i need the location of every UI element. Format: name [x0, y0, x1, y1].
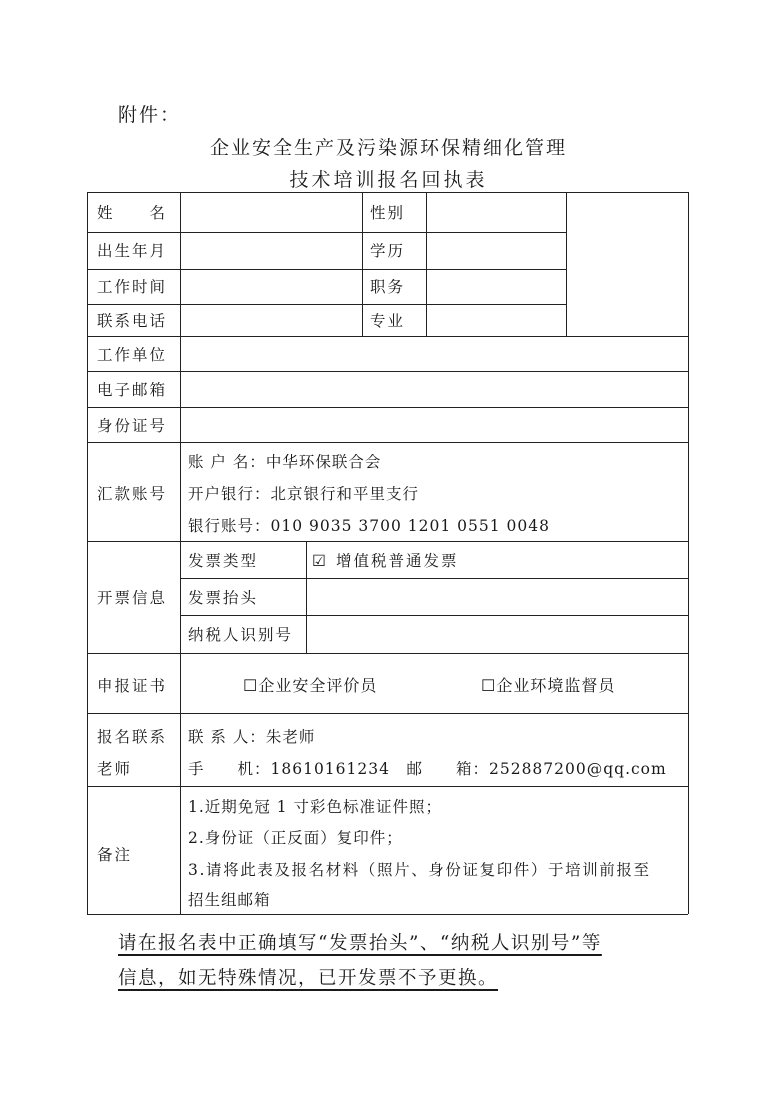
major-label: 专业 — [370, 311, 405, 331]
id-field[interactable] — [182, 408, 687, 441]
table-border-left — [87, 192, 88, 914]
photo-area[interactable] — [568, 193, 687, 335]
account-number: 银行账号：010 9035 3700 1201 0551 0048 — [188, 516, 550, 536]
col-line-mid-label — [362, 192, 363, 336]
birth-field[interactable] — [182, 233, 361, 268]
employer-field[interactable] — [182, 337, 687, 370]
email-label: 电子邮箱 — [97, 380, 167, 400]
phone-label: 联系电话 — [97, 311, 167, 331]
invoice-type-checkbox[interactable]: ☑ — [312, 551, 326, 571]
certificate-option-safety[interactable]: ☐企业安全评价员 — [243, 676, 377, 696]
account-name: 账 户 名：中华环保联合会 — [188, 452, 381, 472]
invoice-title-field[interactable] — [308, 579, 687, 614]
row-line — [87, 541, 688, 542]
bank-name: 开户银行：北京银行和平里支行 — [188, 484, 419, 504]
checkbox-icon[interactable]: ☐ — [243, 676, 258, 695]
remittance-label: 汇款账号 — [97, 484, 167, 504]
work-time-field[interactable] — [182, 270, 361, 303]
col-line-label — [180, 192, 181, 914]
row-line — [87, 786, 688, 787]
birth-label: 出生年月 — [97, 241, 167, 261]
table-border-right — [688, 192, 689, 914]
remark-item: 1.近期免冠 1 寸彩色标准证件照； — [188, 797, 442, 817]
col-line-invoice — [306, 541, 307, 653]
phone-field[interactable] — [182, 305, 361, 335]
contact-label-line1: 报名联系 — [97, 727, 167, 747]
contact-person: 联 系 人：朱老师 — [188, 727, 315, 747]
table-border-bottom — [87, 914, 688, 915]
contact-label-line2: 老师 — [97, 759, 132, 779]
position-label: 职务 — [370, 277, 405, 297]
email-field[interactable] — [182, 372, 687, 406]
checkbox-icon[interactable]: ☐ — [481, 676, 496, 695]
contact-mobile-email: 手 机：18610161234 邮 箱：252887200@qq.com — [188, 759, 667, 779]
employer-label: 工作单位 — [97, 345, 167, 365]
name-field[interactable] — [182, 193, 361, 232]
certificate-option-label: 企业安全评价员 — [258, 676, 377, 695]
education-field[interactable] — [428, 233, 565, 268]
col-line-mid-value — [426, 192, 427, 336]
row-line — [87, 713, 688, 714]
remarks-label: 备注 — [97, 845, 132, 865]
footer-note-line1: 请在报名表中正确填写“发票抬头”、“纳税人识别号”等 — [118, 929, 602, 955]
remark-item: 3.请将此表及报名材料（照片、身份证复印件）于培训前报至 — [188, 860, 651, 880]
gender-field[interactable] — [428, 193, 565, 232]
col-line-photo — [566, 192, 567, 336]
row-line — [87, 653, 688, 654]
remark-item: 招生组邮箱 — [188, 890, 271, 910]
remark-item: 2.身份证（正反面）复印件； — [188, 828, 403, 848]
invoice-title-label: 发票抬头 — [188, 588, 258, 608]
name-label: 姓 名 — [97, 203, 167, 223]
certificate-option-label: 企业环境监督员 — [496, 676, 615, 695]
certificate-option-environment[interactable]: ☐企业环境监督员 — [481, 676, 615, 696]
footer-note-line2: 信息，如无特殊情况，已开发票不予更换。 — [118, 964, 498, 990]
gender-label: 性别 — [370, 203, 405, 223]
invoice-type-label: 发票类型 — [188, 551, 258, 571]
taxpayer-id-label: 纳税人识别号 — [188, 625, 293, 645]
education-label: 学历 — [370, 241, 405, 261]
invoice-label: 开票信息 — [97, 588, 167, 608]
position-field[interactable] — [428, 270, 565, 303]
certificate-label: 申报证书 — [97, 676, 167, 696]
id-label: 身份证号 — [97, 416, 167, 436]
work-time-label: 工作时间 — [97, 277, 167, 297]
invoice-type-value: 增值税普通发票 — [336, 551, 459, 571]
taxpayer-id-field[interactable] — [308, 616, 687, 652]
major-field[interactable] — [428, 305, 565, 335]
row-line — [87, 442, 688, 443]
